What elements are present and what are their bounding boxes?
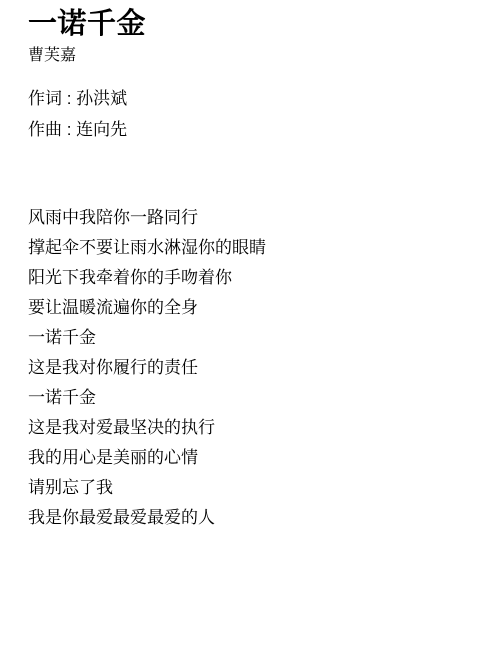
lyric-line: 这是我对爱最坚决的执行	[28, 413, 480, 443]
lyric-line: 要让温暖流遍你的全身	[28, 293, 480, 323]
lyric-line: 我的用心是美丽的心情	[28, 443, 480, 473]
song-title: 一诺千金	[28, 6, 480, 42]
lyric-line: 我是你最爱最爱最爱的人	[28, 503, 480, 533]
lyricist-credit: 作词 : 孙洪斌	[28, 83, 480, 114]
lyric-line: 一诺千金	[28, 323, 480, 353]
lyrics-page: 一诺千金 曹芙嘉 作词 : 孙洪斌 作曲 : 连向先 风雨中我陪你一路同行撑起伞…	[0, 0, 500, 670]
lyric-line: 一诺千金	[28, 383, 480, 413]
lyric-line: 阳光下我牵着你的手吻着你	[28, 263, 480, 293]
artist-name: 曹芙嘉	[28, 45, 480, 67]
lyrics-block: 风雨中我陪你一路同行撑起伞不要让雨水淋湿你的眼睛阳光下我牵着你的手吻着你要让温暖…	[28, 203, 480, 533]
lyric-line: 撑起伞不要让雨水淋湿你的眼睛	[28, 233, 480, 263]
lyric-line: 这是我对你履行的责任	[28, 353, 480, 383]
lyric-line: 风雨中我陪你一路同行	[28, 203, 480, 233]
lyric-line: 请别忘了我	[28, 473, 480, 503]
composer-credit: 作曲 : 连向先	[28, 114, 480, 145]
credits-block: 作词 : 孙洪斌 作曲 : 连向先	[28, 83, 480, 145]
